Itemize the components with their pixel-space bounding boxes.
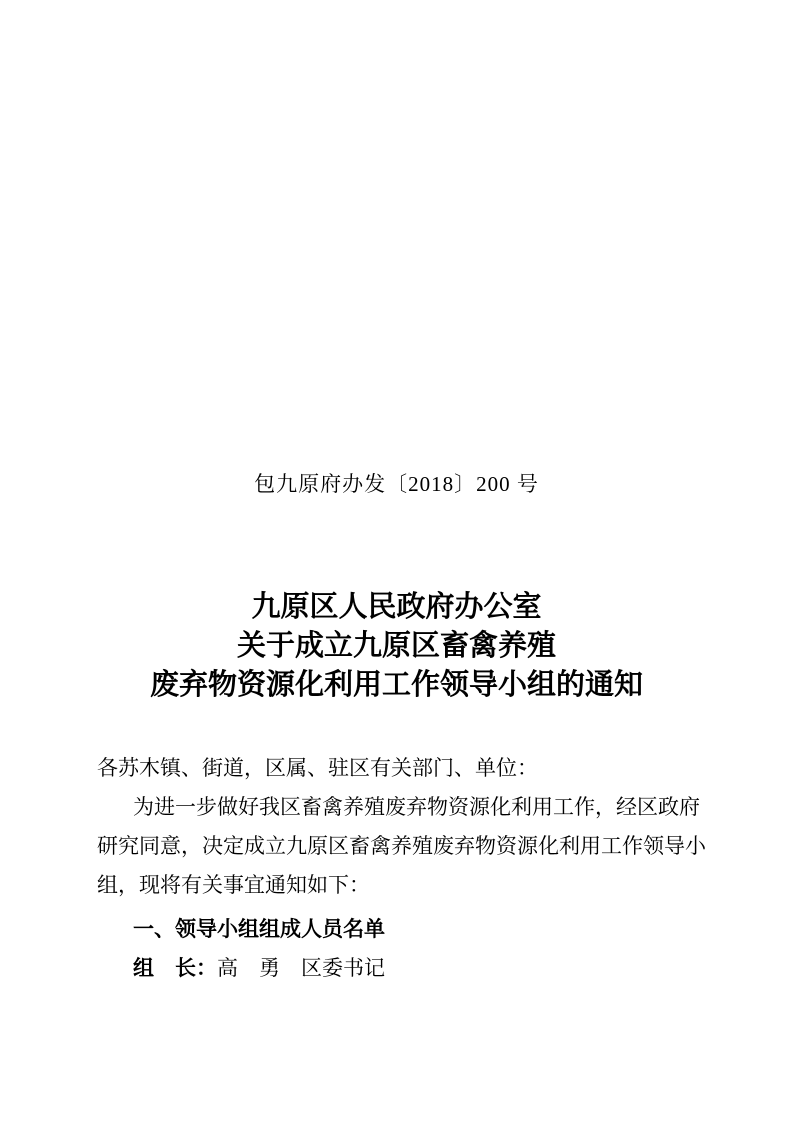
paragraph-line-1: 为进一步做好我区畜禽养殖废弃物资源化利用工作，经区政府 — [97, 788, 699, 827]
roster-role-value: 高 勇 区委书记 — [217, 956, 385, 980]
title-line-2: 关于成立九原区畜禽养殖 — [0, 627, 793, 666]
title-line-1: 九原区人民政府办公室 — [0, 588, 793, 627]
document-title: 九原区人民政府办公室 关于成立九原区畜禽养殖 废弃物资源化利用工作领导小组的通知 — [0, 588, 793, 705]
roster-role-label: 组 长： — [133, 957, 217, 980]
paragraph: 为进一步做好我区畜禽养殖废弃物资源化利用工作，经区政府 研究同意，决定成立九原区… — [97, 788, 699, 905]
salutation: 各苏木镇、街道，区属、驻区有关部门、单位： — [97, 749, 699, 788]
roster-line: 组 长：高 勇 区委书记 — [97, 949, 699, 988]
doc-number: 包九原府办发〔2018〕200 号 — [0, 470, 793, 498]
section-heading: 一、领导小组组成人员名单 — [97, 910, 699, 949]
paragraph-line-2: 研究同意，决定成立九原区畜禽养殖废弃物资源化利用工作领导小 — [97, 827, 699, 866]
document-page: 包九原府办发〔2018〕200 号 九原区人民政府办公室 关于成立九原区畜禽养殖… — [0, 0, 793, 1122]
title-line-3: 废弃物资源化利用工作领导小组的通知 — [0, 666, 793, 705]
paragraph-line-3: 组，现将有关事宜通知如下： — [97, 866, 699, 905]
document-body: 各苏木镇、街道，区属、驻区有关部门、单位： 为进一步做好我区畜禽养殖废弃物资源化… — [97, 749, 699, 988]
